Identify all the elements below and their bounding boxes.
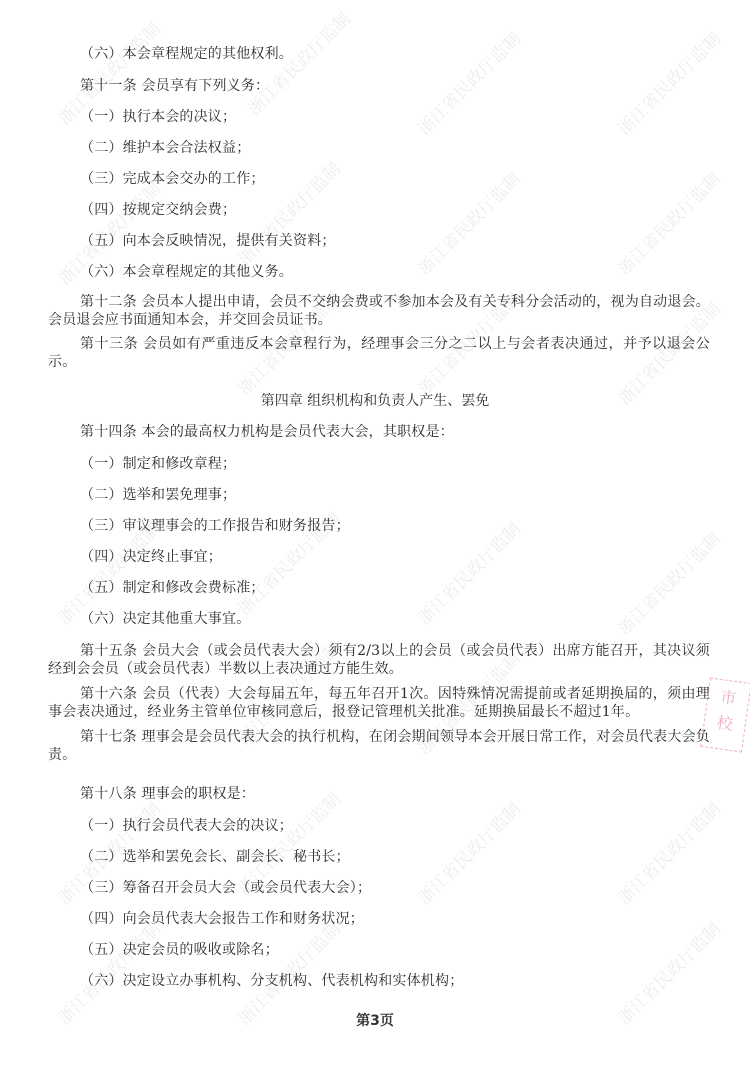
list-item: （六）本会章程规定的其他权利。 (80, 45, 293, 63)
list-item: （一）制定和修改章程； (80, 455, 236, 473)
list-item: （二）维护本会合法权益； (80, 139, 250, 157)
list-item: （五）决定会员的吸收或除名； (80, 941, 279, 959)
list-item: （一）执行会员代表大会的决议； (80, 817, 293, 835)
list-item: （四）按规定交纳会费； (80, 201, 236, 219)
list-item: （二）选举和罢免会长、副会长、秘书长； (80, 848, 350, 866)
list-item: （六）本会章程规定的其他义务。 (80, 263, 293, 281)
article-17: 第十七条 理事会是会员代表大会的执行机构，在闭会期间领导本会开展日常工作，对会员… (48, 728, 710, 764)
list-item: （五）向本会反映情况，提供有关资料； (80, 232, 336, 250)
article-heading: 第十八条 理事会的职权是： (80, 785, 255, 803)
list-item: （三）筹备召开会员大会（或会员代表大会）； (80, 879, 371, 897)
article-heading: 第十一条 会员享有下列义务： (80, 77, 269, 95)
page-number: 第3页 (0, 1010, 750, 1030)
watermark: 浙江省民政厅监制 (411, 166, 525, 280)
article-12: 第十二条 会员本人提出申请，会员不交纳会费或不参加本会及有关专科分会活动的，视为… (48, 293, 710, 329)
article-13: 第十三条 会员如有严重违反本会章程行为，经理事会三分之二以上与会者表决通过，并予… (48, 335, 710, 371)
watermark: 浙江省民政厅监制 (611, 26, 725, 140)
list-item: （四）向会员代表大会报告工作和财务状况； (80, 910, 364, 928)
article-16: 第十六条 会员（代表）大会每届五年，每五年召开1次。因特殊情况需提前或者延期换届… (48, 685, 710, 721)
list-item: （二）选举和罢免理事； (80, 486, 236, 504)
article-heading: 第十四条 本会的最高权力机构是会员代表大会，其职权是： (80, 423, 454, 441)
list-item: （五）制定和修改会费标准； (80, 579, 265, 597)
list-item: （四）决定终止事宜； (80, 548, 222, 566)
watermark: 浙江省民政厅监制 (611, 526, 725, 640)
list-item: （三）审议理事会的工作报告和财务报告； (80, 517, 350, 535)
document-page: 浙江省民政厅监制 浙江省民政厅监制 浙江省民政厅监制 浙江省民政厅监制 浙江省民… (0, 0, 750, 1070)
list-item: （三）完成本会交办的工作； (80, 170, 265, 188)
watermark: 浙江省民政厅监制 (611, 796, 725, 910)
list-item: （一）执行本会的决议； (80, 108, 236, 126)
watermark: 浙江省民政厅监制 (611, 166, 725, 280)
chapter-heading: 第四章 组织机构和负责人产生、罢免 (0, 392, 750, 410)
article-15: 第十五条 会员大会（或会员代表大会）须有2/3以上的会员（或会员代表）出席方能召… (48, 642, 710, 678)
list-item: （六）决定设立办事机构、分支机构、代表机构和实体机构； (80, 972, 463, 990)
watermark: 浙江省民政厅监制 (411, 26, 525, 140)
watermark: 浙江省民政厅监制 (411, 516, 525, 630)
list-item: （六）决定其他重大事宜。 (80, 610, 250, 628)
watermark: 浙江省民政厅监制 (411, 796, 525, 910)
